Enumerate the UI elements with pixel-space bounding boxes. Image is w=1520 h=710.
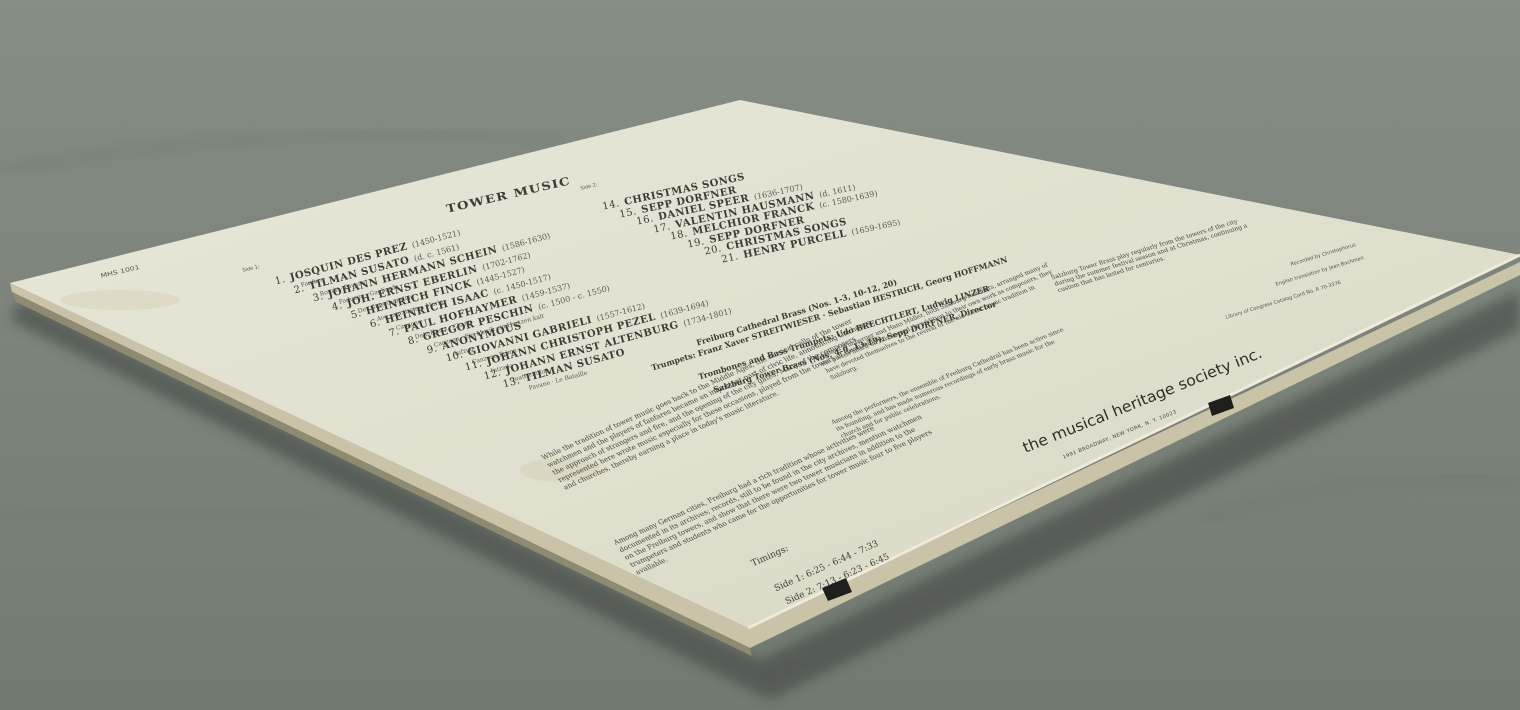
- photo-scene: [0, 0, 1520, 710]
